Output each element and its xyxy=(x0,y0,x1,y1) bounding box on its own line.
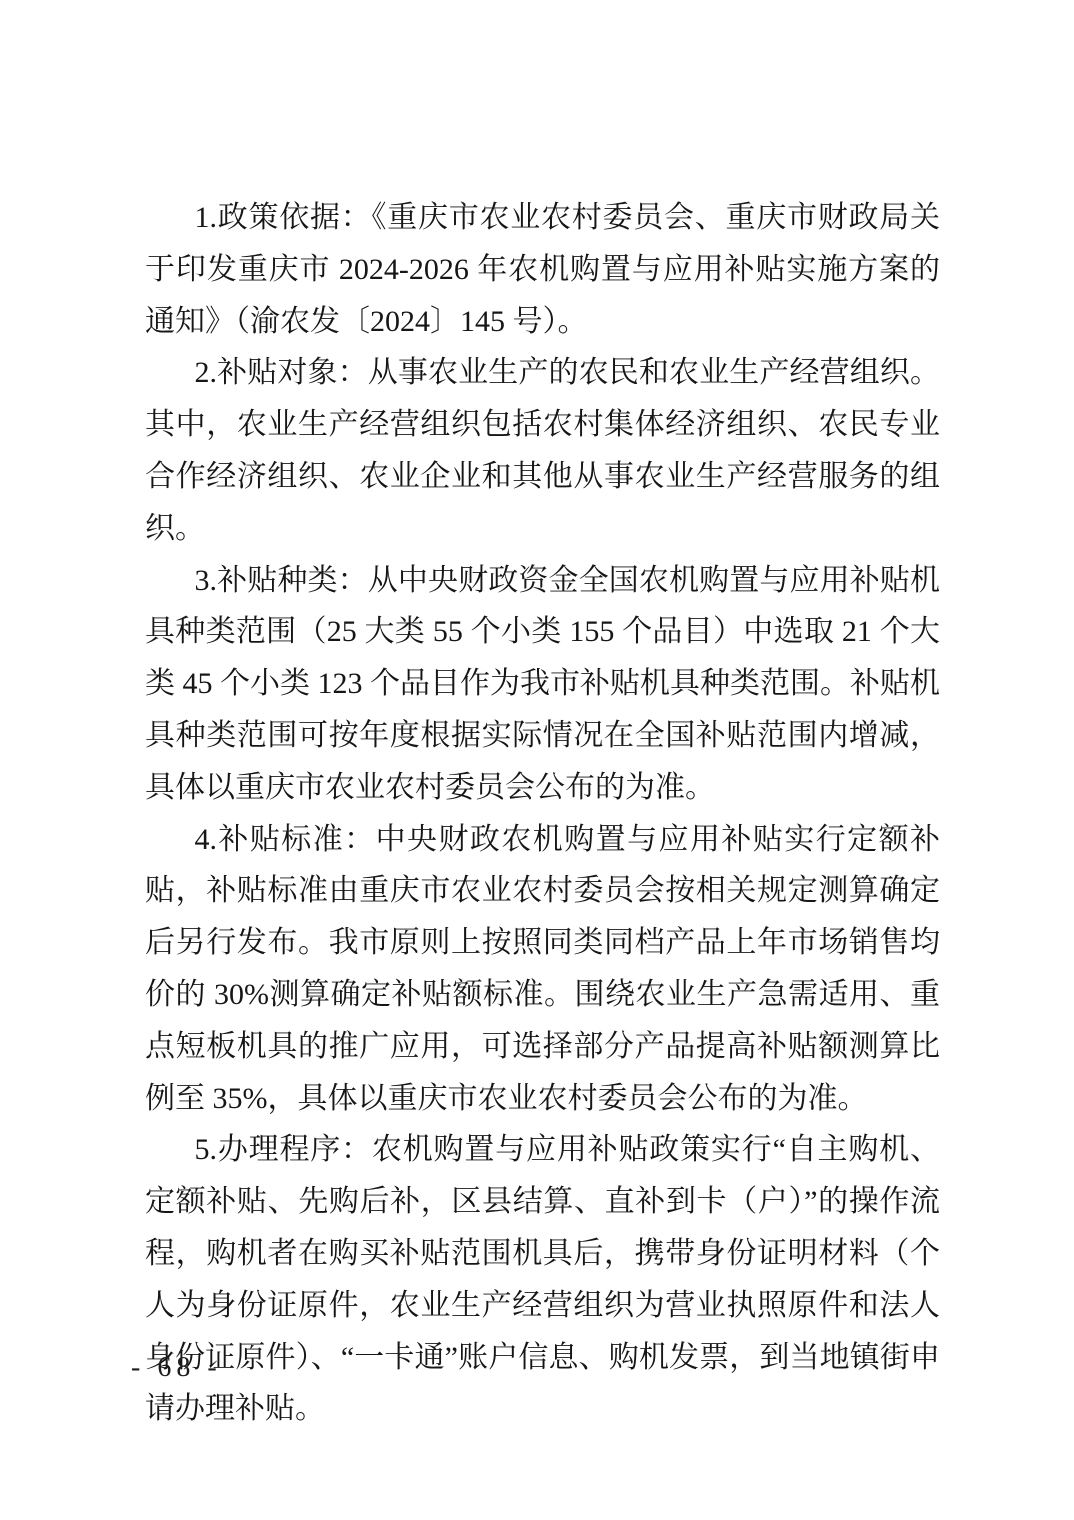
paragraph: 5.办理程序：农机购置与应用补贴政策实行“自主购机、定额补贴、先购后补，区县结算… xyxy=(145,1124,940,1435)
paragraph: 3.补贴种类：从中央财政资金全国农机购置与应用补贴机具种类范围（25 大类 55… xyxy=(145,555,940,814)
paragraph: 2.补贴对象：从事农业生产的农民和农业生产经营组织。其中，农业生产经营组织包括农… xyxy=(145,347,940,554)
document-body: 1.政策依据：《重庆市农业农村委员会、重庆市财政局关于印发重庆市 2024-20… xyxy=(145,192,940,1435)
paragraph: 1.政策依据：《重庆市农业农村委员会、重庆市财政局关于印发重庆市 2024-20… xyxy=(145,192,940,347)
paragraph: 4.补贴标准：中央财政农机购置与应用补贴实行定额补贴，补贴标准由重庆市农业农村委… xyxy=(145,814,940,1125)
page-number: - 68 - xyxy=(131,1352,222,1384)
document-page: 1.政策依据：《重庆市农业农村委员会、重庆市财政局关于印发重庆市 2024-20… xyxy=(0,0,1074,1520)
